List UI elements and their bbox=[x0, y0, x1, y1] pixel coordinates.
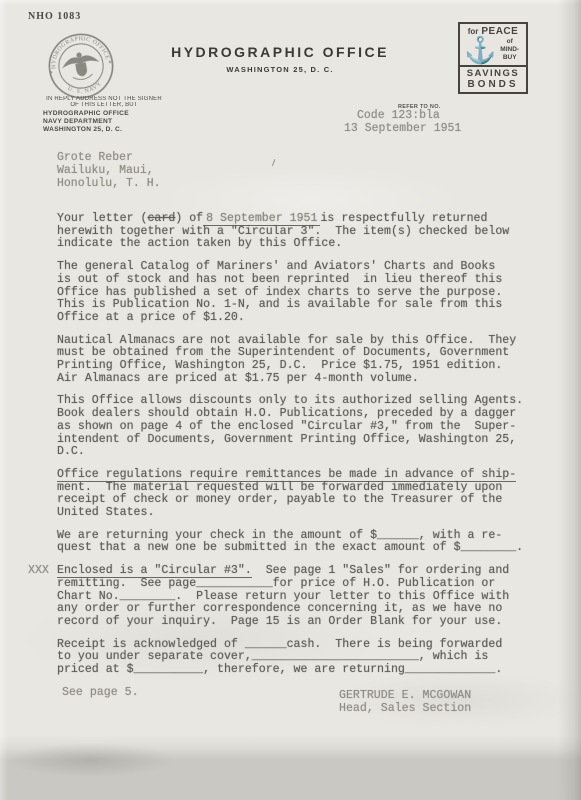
stamp-bonds-text: BONDS bbox=[460, 79, 526, 90]
stamp-side-line2: MIND- bbox=[496, 46, 523, 54]
reply-addr-line2: NAVY DEPARTMENT bbox=[43, 118, 179, 126]
letter-paragraph-1: Your letter (card) of8 September 1951is … bbox=[57, 213, 535, 251]
eagle-emblem-icon bbox=[60, 49, 102, 82]
p5-text-rest: ment. The material requested will be for… bbox=[57, 481, 502, 519]
anchor-icon: ⚓ bbox=[464, 37, 496, 63]
p1-text-mid: ) of bbox=[175, 212, 203, 225]
letter-paragraph-8: Receipt is acknowledged of ______cash. T… bbox=[57, 639, 535, 677]
stamp-side-line3: BUY bbox=[496, 54, 523, 62]
p7-margin-check-mark: XXX bbox=[28, 565, 49, 578]
letter-paragraph-5: Office regulations require remittances b… bbox=[57, 469, 535, 520]
letter-date: 13 September 1951 bbox=[344, 122, 461, 135]
letter-paragraph-2: The general Catalog of Mariners' and Avi… bbox=[57, 261, 535, 325]
stamp-side-line1: of bbox=[496, 38, 523, 46]
pen-mark-artifact bbox=[272, 159, 280, 168]
letter-paragraph-4: This Office allows discounts only to its… bbox=[57, 395, 535, 459]
reply-addr-line1: HYDROGRAPHIC OFFICE bbox=[43, 110, 179, 118]
closing-note: See page 5. bbox=[62, 687, 139, 700]
office-title: HYDROGRAPHIC OFFICE bbox=[105, 44, 455, 60]
reply-notice-line2: OF THIS LETTER, BUT bbox=[29, 102, 179, 108]
file-code: Code 123:bla bbox=[357, 109, 440, 122]
closing-row: See page 5. GERTRUDE E. MCGOWANHead, Sal… bbox=[57, 687, 535, 721]
seal-star-left: ✶ bbox=[48, 69, 54, 77]
letter-paragraph-7: XXXEnclosed is a "Circular #3". See page… bbox=[57, 565, 535, 629]
recipient-address: Grote Reber Wailuku, Maui, Honolulu, T. … bbox=[57, 151, 161, 190]
letter-paragraph-3: Nautical Almanacs are not available for … bbox=[57, 335, 535, 386]
office-subtitle: WASHINGTON 25, D. C. bbox=[105, 65, 455, 74]
form-number: NHO 1083 bbox=[28, 11, 81, 22]
signature-block: GERTRUDE E. MCGOWANHead, Sales Section bbox=[339, 689, 471, 715]
reply-addr-line3: WASHINGTON 25, D. C. bbox=[43, 126, 179, 134]
p1-struck-word: card bbox=[147, 212, 175, 225]
savings-bonds-stamp: for PEACE ⚓ of MIND- BUY SAVINGS BONDS bbox=[458, 22, 528, 94]
letterhead-title-block: HYDROGRAPHIC OFFICE WASHINGTON 25, D. C. bbox=[105, 44, 455, 74]
signature-title: Head, Sales Section bbox=[339, 702, 471, 715]
stamp-savings-text: SAVINGS bbox=[460, 68, 526, 79]
document-page: NHO 1083 HYDROGRAPHIC OFFICE U. S. NAVY … bbox=[0, 0, 581, 800]
letter-body: Your letter (card) of8 September 1951is … bbox=[57, 213, 535, 721]
signature-name: GERTRUDE E. MCGOWAN bbox=[339, 689, 471, 702]
p1-text-pre: Your letter ( bbox=[57, 212, 147, 225]
reply-routing-block: IN REPLY ADDRESS NOT THE SIGNER OF THIS … bbox=[29, 96, 179, 134]
letter-paragraph-6: We are returning your check in the amoun… bbox=[57, 530, 535, 555]
